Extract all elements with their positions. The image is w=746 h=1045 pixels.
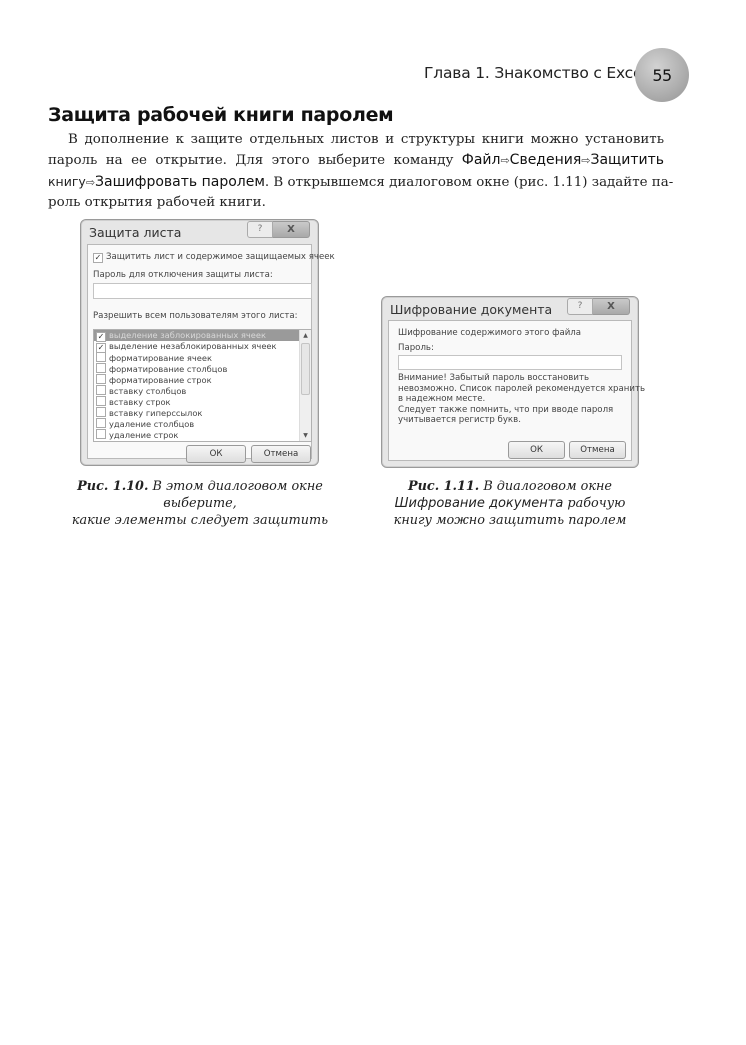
arrow-icon: ⇨ (581, 154, 590, 167)
page-number-badge: 55 (635, 48, 689, 102)
scroll-thumb[interactable] (301, 343, 310, 395)
checkbox-icon[interactable] (96, 363, 106, 373)
paragraph-line: роль открытия рабочей книги. (48, 193, 664, 213)
checkbox-icon[interactable] (96, 407, 106, 417)
checkbox-icon[interactable] (96, 396, 106, 406)
checkbox-icon[interactable] (96, 429, 106, 439)
arrow-icon: ⇨ (86, 176, 95, 189)
ok-button[interactable]: ОК (186, 445, 246, 463)
dialog-title: Защита листа (89, 225, 181, 240)
permission-item[interactable]: вставку строк (94, 396, 311, 407)
command-info: Сведения (510, 152, 582, 168)
scroll-down-icon[interactable]: ▼ (300, 430, 311, 441)
permission-item[interactable]: форматирование ячеек (94, 352, 311, 363)
checkbox-icon: ✓ (93, 253, 103, 263)
password-field[interactable] (398, 355, 622, 370)
cancel-button[interactable]: Отмена (251, 445, 311, 463)
body-paragraph: В дополнение к защите отдельных листов и… (48, 130, 664, 213)
password-field[interactable] (93, 283, 312, 299)
command-encrypt: Зашифровать паролем (95, 174, 265, 190)
permission-item[interactable]: форматирование строк (94, 374, 311, 385)
permission-item[interactable]: удаление столбцов (94, 418, 311, 429)
permissions-list[interactable]: ✓выделение заблокированных ячеек✓выделен… (93, 329, 312, 442)
help-icon[interactable]: ? (567, 298, 593, 315)
chapter-header: Глава 1. Знакомство с Excel (424, 64, 646, 82)
password-label: Пароль: (398, 343, 434, 353)
protect-sheet-dialog: Защита листа ? X ✓Защитить лист и содерж… (80, 219, 319, 466)
checkbox-icon[interactable] (96, 385, 106, 395)
cancel-button[interactable]: Отмена (569, 441, 626, 459)
permission-item[interactable]: удаление строк (94, 429, 311, 440)
section-title: Защита рабочей книги паролем (48, 104, 393, 126)
close-icon[interactable]: X (273, 221, 310, 238)
warning-text: Внимание! Забытый пароль восстановить не… (398, 373, 645, 426)
close-icon[interactable]: X (593, 298, 630, 315)
command-protect: Защитить (591, 152, 665, 168)
encrypt-subtitle: Шифрование содержимого этого файла (398, 328, 581, 338)
encrypt-document-dialog: Шифрование документа ? X Шифрование соде… (381, 296, 639, 468)
paragraph-line: В дополнение к защите отдельных листов и… (48, 130, 664, 150)
figure-1-10-caption: Рис. 1.10. В этом диалоговом окне выбери… (55, 478, 345, 529)
command-file: Файл (462, 152, 501, 168)
help-icon[interactable]: ? (247, 221, 273, 238)
page-number: 55 (652, 66, 671, 85)
permission-item[interactable]: вставку столбцов (94, 385, 311, 396)
allow-users-label: Разрешить всем пользователям этого листа… (93, 311, 298, 321)
checkbox-icon[interactable] (96, 418, 106, 428)
arrow-icon: ⇨ (500, 154, 509, 167)
password-label: Пароль для отключения защиты листа: (93, 270, 273, 280)
permission-item[interactable]: ✓выделение заблокированных ячеек (94, 330, 311, 341)
protect-sheet-checkbox[interactable]: ✓Защитить лист и содержимое защищаемых я… (93, 252, 335, 263)
checkbox-icon[interactable] (96, 374, 106, 384)
paragraph-line: книгу⇨Зашифровать паролем. В открывшемся… (48, 172, 664, 193)
figure-1-11-caption: Рис. 1.11. В диалоговом окне Шифрование … (365, 478, 655, 529)
permission-item[interactable]: форматирование столбцов (94, 363, 311, 374)
permission-item[interactable]: вставку гиперссылок (94, 407, 311, 418)
ok-button[interactable]: ОК (508, 441, 565, 459)
scroll-up-icon[interactable]: ▲ (300, 330, 311, 341)
paragraph-line: пароль на ее открытие. Для этого выберит… (48, 150, 664, 171)
dialog-title: Шифрование документа (390, 302, 552, 317)
permission-item[interactable]: ✓выделение незаблокированных ячеек (94, 341, 311, 352)
checkbox-icon[interactable] (96, 352, 106, 362)
list-scrollbar[interactable]: ▲ ▼ (299, 330, 311, 441)
